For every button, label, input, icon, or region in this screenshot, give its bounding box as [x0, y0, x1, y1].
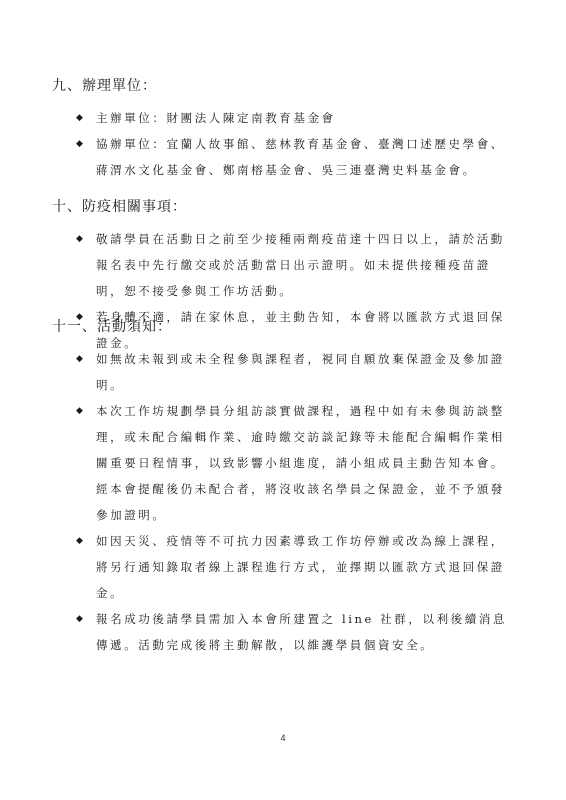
page-number: 4 — [0, 733, 566, 743]
list-item-text: 如無故未報到或未全程參與課程者，視同自願放棄保證金及參加證明。 — [96, 352, 505, 392]
diamond-bullet-icon: ◆ — [76, 398, 83, 424]
list-item-text: 敬請學員在活動日之前至少接種兩劑疫苗達十四日以上，請於活動報名表中先行繳交或於活… — [96, 232, 505, 298]
list-item: ◆ 如無故未報到或未全程參與課程者，視同自願放棄保證金及參加證明。 — [52, 346, 516, 398]
list-item: ◆ 報名成功後請學員需加入本會所建置之 line 社群，以利後續消息傳遞。活動完… — [52, 606, 516, 658]
bullet-list: ◆ 主辦單位：財團法人陳定南教育基金會 ◆ 協辦單位：宜蘭人故事館、慈林教育基金… — [52, 105, 522, 183]
section-heading: 十、防疫相關事項： — [52, 197, 522, 217]
diamond-bullet-icon: ◆ — [76, 528, 83, 554]
list-item: ◆ 主辦單位：財團法人陳定南教育基金會 — [52, 105, 516, 131]
list-item-text: 協辦單位：宜蘭人故事館、慈林教育基金會、臺灣口述歷史學會、蔣渭水文化基金會、鄭南… — [96, 137, 505, 177]
diamond-bullet-icon: ◆ — [76, 606, 83, 632]
section-activity-notice: 十一、活動須知： ◆ 如無故未報到或未全程參與課程者，視同自願放棄保證金及參加證… — [52, 317, 522, 658]
section-organizers: 九、辦理單位： ◆ 主辦單位：財團法人陳定南教育基金會 ◆ 協辦單位：宜蘭人故事… — [52, 76, 522, 183]
list-item: ◆ 本次工作坊規劃學員分組訪談實做課程，過程中如有未參與訪談整理，或未配合編輯作… — [52, 398, 516, 528]
diamond-bullet-icon: ◆ — [76, 131, 83, 157]
list-item-text: 本次工作坊規劃學員分組訪談實做課程，過程中如有未參與訪談整理，或未配合編輯作業、… — [96, 404, 505, 522]
list-item-text: 如因天災、疫情等不可抗力因素導致工作坊停辦或改為線上課程，將另行通知錄取者線上課… — [96, 534, 505, 600]
section-heading: 十一、活動須知： — [52, 317, 522, 337]
section-heading: 九、辦理單位： — [52, 76, 522, 96]
document-page: 九、辦理單位： ◆ 主辦單位：財團法人陳定南教育基金會 ◆ 協辦單位：宜蘭人故事… — [0, 0, 566, 800]
list-item: ◆ 協辦單位：宜蘭人故事館、慈林教育基金會、臺灣口述歷史學會、蔣渭水文化基金會、… — [52, 131, 516, 183]
diamond-bullet-icon: ◆ — [76, 105, 83, 131]
list-item-text: 主辦單位：財團法人陳定南教育基金會 — [96, 111, 336, 125]
diamond-bullet-icon: ◆ — [76, 346, 83, 372]
list-item-text: 報名成功後請學員需加入本會所建置之 line 社群，以利後續消息傳遞。活動完成後… — [96, 612, 507, 652]
list-item: ◆ 如因天災、疫情等不可抗力因素導致工作坊停辦或改為線上課程，將另行通知錄取者線… — [52, 528, 516, 606]
diamond-bullet-icon: ◆ — [76, 226, 83, 252]
bullet-list: ◆ 如無故未報到或未全程參與課程者，視同自願放棄保證金及參加證明。 ◆ 本次工作… — [52, 346, 522, 658]
list-item: ◆ 敬請學員在活動日之前至少接種兩劑疫苗達十四日以上，請於活動報名表中先行繳交或… — [52, 226, 516, 304]
